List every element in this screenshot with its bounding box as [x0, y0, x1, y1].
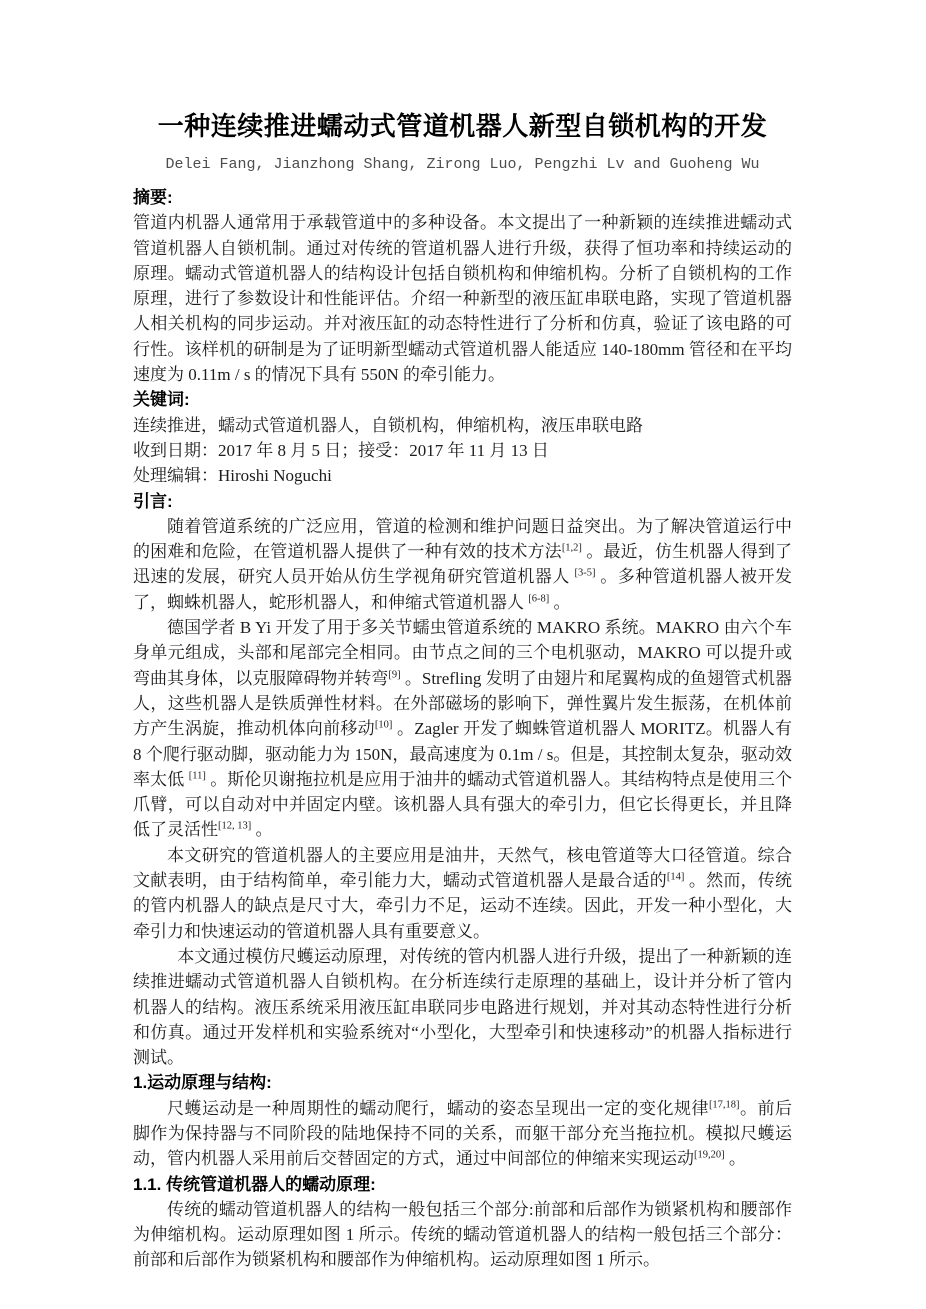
section-heading: 关键词: — [133, 387, 792, 412]
citation-reference: [12, 13] — [218, 821, 251, 832]
document-body: 摘要:管道内机器人通常用于承载管道中的多种设备。本文提出了一种新颖的连续推进蠕动… — [133, 185, 792, 1273]
section-heading: 摘要: — [133, 185, 792, 210]
citation-reference: [6-8] — [528, 593, 549, 604]
paragraph: 本文通过模仿尺蠖运动原理，对传统的管内机器人进行升级，提出了一种新颖的连续推进蠕… — [133, 944, 792, 1070]
citation-reference: [11] — [189, 770, 206, 781]
paper-authors: Delei Fang, Jianzhong Shang, Zirong Luo,… — [133, 154, 792, 175]
document-page: 一种连续推进蠕动式管道机器人新型自锁机构的开发 Delei Fang, Jian… — [0, 0, 926, 1309]
paragraph: 管道内机器人通常用于承载管道中的多种设备。本文提出了一种新颖的连续推进蠕动式管道… — [133, 210, 792, 387]
paragraph: 处理编辑：Hiroshi Noguchi — [133, 463, 792, 488]
citation-reference: [10] — [375, 720, 393, 731]
section-heading: 引言: — [133, 489, 792, 514]
paragraph: 德国学者 B Yi 开发了用于多关节蠕虫管道系统的 MAKRO 系统。MAKRO… — [133, 615, 792, 843]
paper-title: 一种连续推进蠕动式管道机器人新型自锁机构的开发 — [133, 108, 792, 145]
citation-reference: [3-5] — [575, 568, 596, 579]
paragraph: 本文研究的管道机器人的主要应用是油井，天然气，核电管道等大口径管道。综合文献表明… — [133, 843, 792, 944]
citation-reference: [9] — [388, 669, 400, 680]
section-heading: 1.运动原理与结构: — [133, 1070, 792, 1095]
citation-reference: [19,20] — [694, 1150, 725, 1161]
paragraph: 连续推进，蠕动式管道机器人，自锁机构，伸缩机构，液压串联电路 — [133, 413, 792, 438]
paragraph: 收到日期：2017 年 8 月 5 日；接受：2017 年 11 月 13 日 — [133, 438, 792, 463]
paragraph: 随着管道系统的广泛应用，管道的检测和维护问题日益突出。为了解决管道运行中的困难和… — [133, 514, 792, 615]
section-heading: 1.1. 传统管道机器人的蠕动原理: — [133, 1172, 792, 1197]
citation-reference: [17,18] — [709, 1099, 740, 1110]
citation-reference: [1,2] — [562, 543, 582, 554]
citation-reference: [14] — [667, 871, 685, 882]
paragraph: 尺蠖运动是一种周期性的蠕动爬行，蠕动的姿态呈现出一定的变化规律[17,18]。前… — [133, 1096, 792, 1172]
paragraph: 传统的蠕动管道机器人的结构一般包括三个部分:前部和后部作为锁紧机构和腰部作为伸缩… — [133, 1197, 792, 1273]
